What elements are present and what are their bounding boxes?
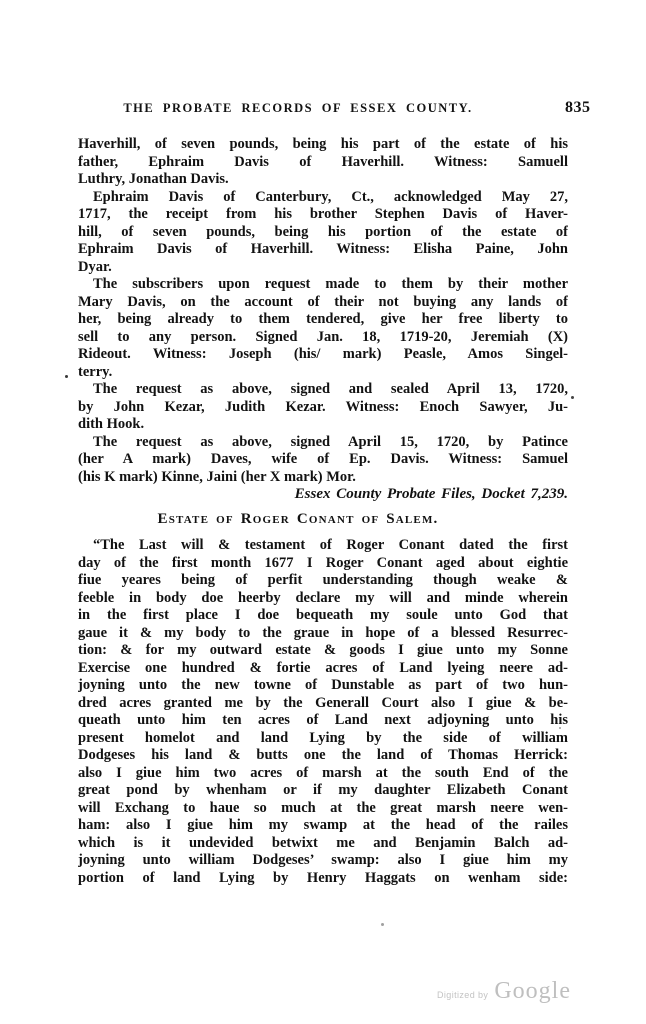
page-number: 835: [565, 99, 591, 117]
text-line: Mary Davis, on the account of their not …: [78, 294, 568, 312]
text-line: Ephraim Davis of Haverhill. Witness: Eli…: [78, 241, 568, 259]
text-line: her, being already to them tendered, giv…: [78, 311, 568, 329]
text-line: dred acres granted me by the Generall Co…: [78, 695, 568, 713]
paragraph: “The Last will & testament of Roger Cona…: [78, 537, 568, 887]
text-line: joyning unto the new towne of Dunstable …: [78, 677, 568, 695]
text-line: queath unto him ten acres of Land next a…: [78, 712, 568, 730]
text-line: ham: also I giue him my swamp at the hea…: [78, 817, 568, 835]
text-line: Haverhill, of seven pounds, being his pa…: [78, 136, 568, 154]
text-line: Exercise one hundred & fortie acres of L…: [78, 660, 568, 678]
paragraph: Haverhill, of seven pounds, being his pa…: [78, 136, 568, 189]
citation-line: Essex County Probate Files, Docket 7,239…: [78, 486, 568, 504]
text-line: terry.: [78, 364, 568, 382]
text-line: Dyar.: [78, 259, 568, 277]
page-header: THE PROBATE RECORDS OF ESSEX COUNTY. 835: [78, 101, 568, 121]
google-watermark: Digitized by Google: [437, 978, 571, 1005]
text-line: by John Kezar, Judith Kezar. Witness: En…: [78, 399, 568, 417]
text-line: hill, of seven pounds, being his portion…: [78, 224, 568, 242]
paragraph: The subscribers upon request made to the…: [78, 276, 568, 381]
text-line: day of the first month 1677 I Roger Cona…: [78, 555, 568, 573]
text-line: joyning unto william Dodgeses’ swamp: al…: [78, 852, 568, 870]
text-line: sell to any person. Signed Jan. 18, 1719…: [78, 329, 568, 347]
text-line: present homelot and land Lying by the si…: [78, 730, 568, 748]
paragraph: The request as above, signed April 15, 1…: [78, 434, 568, 487]
text-line: Dodgeses his land & butts one the land o…: [78, 747, 568, 765]
ink-speck: [571, 396, 574, 399]
text-line: father, Ephraim Davis of Haverhill. Witn…: [78, 154, 568, 172]
section-heading: Estate of Roger Conant of Salem.: [78, 511, 518, 529]
running-title: THE PROBATE RECORDS OF ESSEX COUNTY.: [78, 101, 518, 116]
text-line: (her A mark) Daves, wife of Ep. Davis. W…: [78, 451, 568, 469]
scanned-book-page: THE PROBATE RECORDS OF ESSEX COUNTY. 835…: [0, 0, 646, 1024]
text-line: “The Last will & testament of Roger Cona…: [78, 537, 568, 555]
text-line: Rideout. Witness: Joseph (his/ mark) Pea…: [78, 346, 568, 364]
text-line: 1717, the receipt from his brother Steph…: [78, 206, 568, 224]
text-line: in the first place I doe bequeath my sou…: [78, 607, 568, 625]
text-line: The request as above, signed April 15, 1…: [78, 434, 568, 452]
digitized-by-label: Digitized by: [437, 990, 488, 1000]
text-line: feeble in body doe heerby declare my wil…: [78, 590, 568, 608]
text-line: will Exchang to haue so much at the grea…: [78, 800, 568, 818]
text-line: Ephraim Davis of Canterbury, Ct., acknow…: [78, 189, 568, 207]
text-line: The subscribers upon request made to the…: [78, 276, 568, 294]
ink-speck: [65, 375, 68, 378]
paragraph: Ephraim Davis of Canterbury, Ct., acknow…: [78, 189, 568, 277]
text-line: gaue it & my body to the graue in hope o…: [78, 625, 568, 643]
text-line: The request as above, signed and sealed …: [78, 381, 568, 399]
text-line: fiue yeares being of perfit understandin…: [78, 572, 568, 590]
body-text: Haverhill, of seven pounds, being his pa…: [78, 136, 568, 887]
text-line: portion of land Lying by Henry Haggats o…: [78, 870, 568, 888]
text-line: also I giue him two acres of marsh at th…: [78, 765, 568, 783]
text-line: Luthry, Jonathan Davis.: [78, 171, 568, 189]
text-line: which is it undevided betwixt me and Ben…: [78, 835, 568, 853]
ink-speck: [381, 923, 384, 926]
ink-speck: [559, 727, 561, 729]
google-logo: Google: [494, 978, 571, 1005]
text-line: dith Hook.: [78, 416, 568, 434]
text-line: great pond by whenham or if my daughter …: [78, 782, 568, 800]
text-line: tion: & for my outward estate & goods I …: [78, 642, 568, 660]
paragraph: The request as above, signed and sealed …: [78, 381, 568, 434]
text-line: (his K mark) Kinne, Jaini (her X mark) M…: [78, 469, 568, 487]
